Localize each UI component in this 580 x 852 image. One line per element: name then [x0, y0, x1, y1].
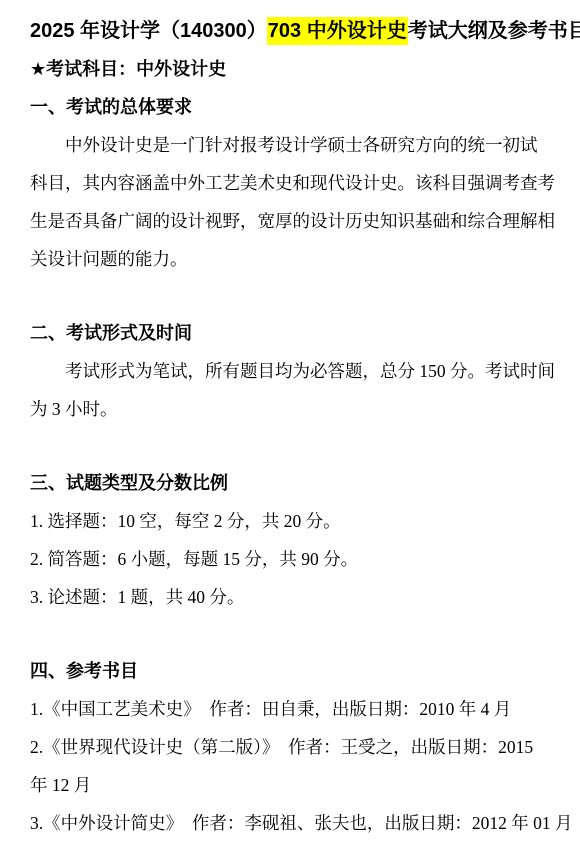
- exam-subject-line: ★考试科目：中外设计史: [30, 50, 550, 88]
- paragraph-line: 生是否具备广阔的设计视野，宽厚的设计历史知识基础和综合理解相: [30, 202, 550, 240]
- section-heading-2: 二、考试形式及时间: [30, 314, 550, 352]
- list-item: 3. 论述题：1 题，共 40 分。: [30, 578, 550, 616]
- paragraph-line: 为 3 小时。: [30, 390, 550, 428]
- paragraph-line: 科目，其内容涵盖中外工艺美术史和现代设计史。该科目强调考查考: [30, 164, 550, 202]
- document-page: 2025 年设计学（140300）703 中外设计史考试大纲及参考书目 ★考试科…: [0, 0, 580, 852]
- section-heading-1: 一、考试的总体要求: [30, 88, 550, 126]
- paragraph-line: 考试形式为笔试，所有题目均为必答题，总分 150 分。考试时间: [30, 352, 550, 390]
- document-title: 2025 年设计学（140300）703 中外设计史考试大纲及参考书目: [30, 12, 550, 50]
- section-heading-4: 四、参考书目: [30, 652, 550, 690]
- list-item: 1. 选择题：10 空，每空 2 分，共 20 分。: [30, 502, 550, 540]
- reference-item: 1.《中国工艺美术史》 作者：田自秉，出版日期：2010 年 4 月: [30, 690, 550, 728]
- reference-item: 2.《世界现代设计史（第二版）》 作者：王受之，出版日期：2015: [30, 728, 550, 766]
- section-overall-requirements: 一、考试的总体要求 中外设计史是一门针对报考设计学硕士各研究方向的统一初试 科目…: [30, 88, 550, 278]
- reference-item: 3.《中外设计简史》 作者：李砚祖、张夫也，出版日期：2012 年 01 月: [30, 804, 550, 842]
- paragraph-line: 中外设计史是一门针对报考设计学硕士各研究方向的统一初试: [30, 126, 550, 164]
- title-highlight: 703 中外设计史: [267, 17, 408, 45]
- title-prefix: 2025 年设计学（140300）: [30, 20, 267, 42]
- section-heading-3: 三、试题类型及分数比例: [30, 464, 550, 502]
- section-exam-format: 二、考试形式及时间 考试形式为笔试，所有题目均为必答题，总分 150 分。考试时…: [30, 314, 550, 428]
- title-suffix: 考试大纲及参考书目: [408, 20, 580, 42]
- section-reference-books: 四、参考书目 1.《中国工艺美术史》 作者：田自秉，出版日期：2010 年 4 …: [30, 652, 550, 842]
- reference-item-continuation: 年 12 月: [30, 766, 550, 804]
- section-question-types: 三、试题类型及分数比例 1. 选择题：10 空，每空 2 分，共 20 分。 2…: [30, 464, 550, 616]
- list-item: 2. 简答题：6 小题，每题 15 分，共 90 分。: [30, 540, 550, 578]
- paragraph-line: 关设计问题的能力。: [30, 240, 550, 278]
